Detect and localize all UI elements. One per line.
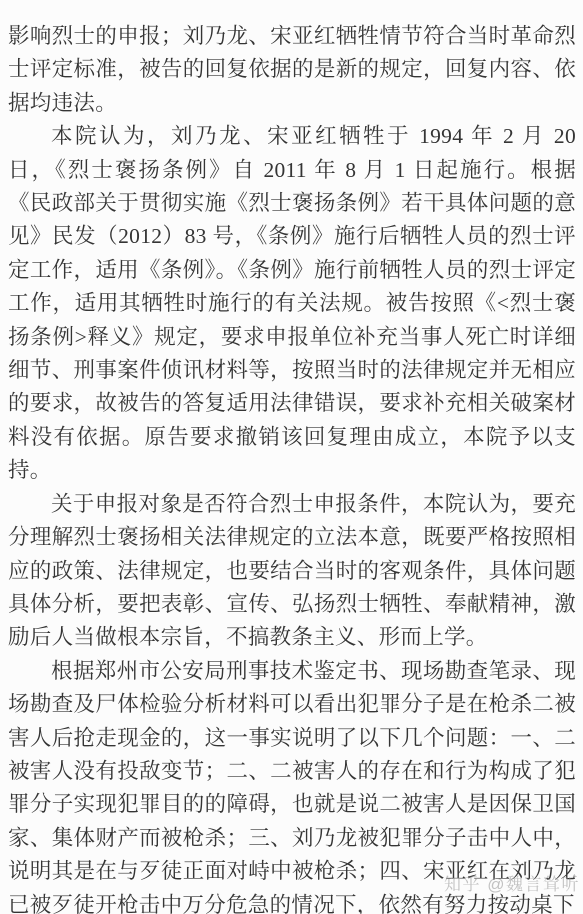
- paragraph-martyr-application-criteria: 关于申报对象是否符合烈士申报条件，本院认为，要充分理解烈士褒扬相关法律规定的立法…: [8, 488, 576, 655]
- paragraph-court-opinion-law-application: 本院认为，刘乃龙、宋亚红牺牲于 1994 年 2 月 20 日，《烈士褒扬条例》…: [8, 120, 576, 487]
- paragraph-continuation: 影响烈士的申报；刘乃龙、宋亚红牺牲情节符合当时革命烈士评定标准，被告的回复依据的…: [8, 20, 576, 120]
- document-page: 影响烈士的申报；刘乃龙、宋亚红牺牲情节符合当时革命烈士评定标准，被告的回复依据的…: [8, 20, 576, 914]
- paragraph-evidence-analysis: 根据郑州市公安局刑事技术鉴定书、现场勘查笔录、现场勘查及尸体检验分析材料可以看出…: [8, 655, 576, 914]
